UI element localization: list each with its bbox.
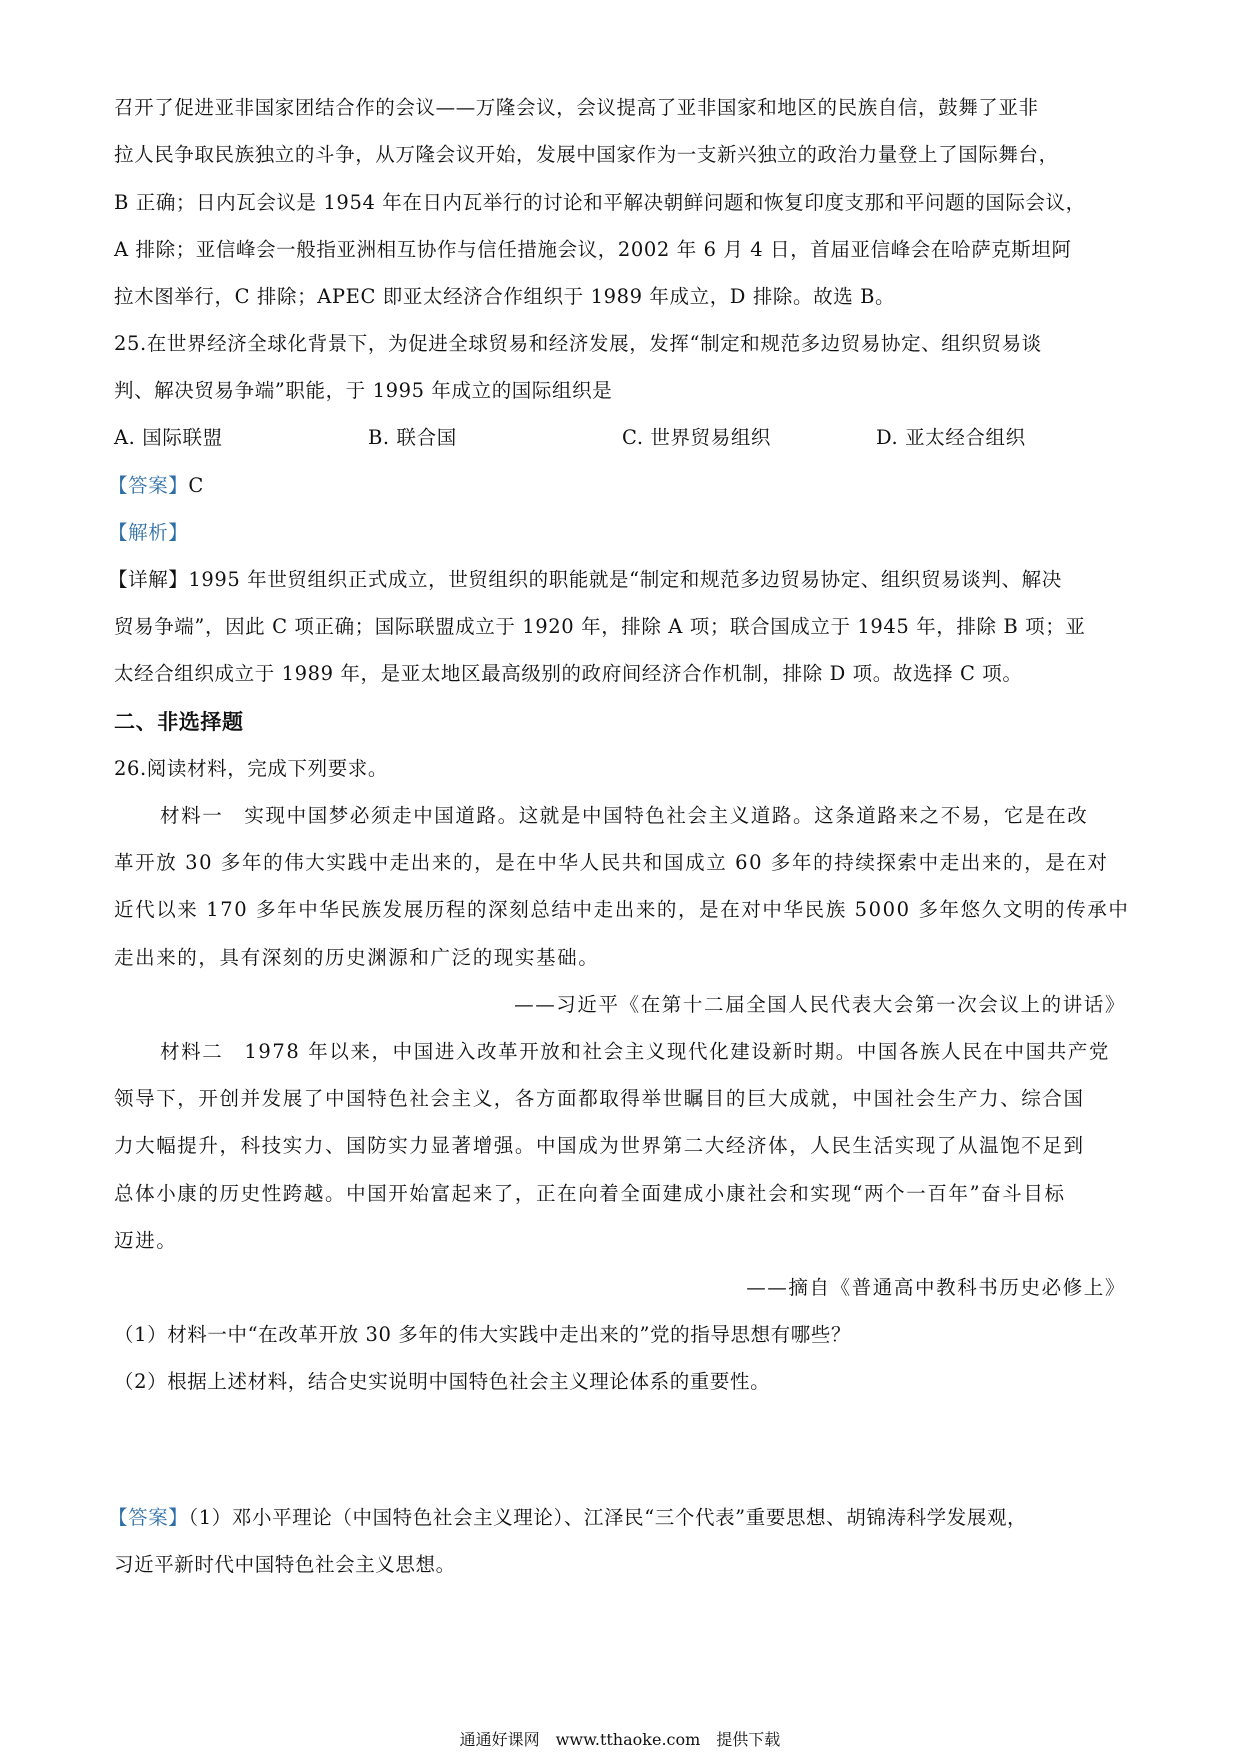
material-2-line: 材料二 1978 年以来，中国进入改革开放和社会主义现代化建设新时期。中国各族人… <box>160 1038 1130 1066</box>
answer-value: C <box>188 474 204 497</box>
question-26-answer: 【答案】（1）邓小平理论（中国特色社会主义理论）、江泽民“三个代表”重要思想、胡… <box>108 1504 1124 1532</box>
material-2-line: 领导下，开创并发展了中国特色社会主义，各方面都取得举世瞩目的巨大成就，中国社会生… <box>114 1085 1130 1113</box>
material-2-line: 迈进。 <box>114 1227 1130 1255</box>
option-c: C. 世界贸易组织 <box>622 424 876 452</box>
text-line: A 排除；亚信峰会一般指亚洲相互协作与信任措施会议，2002 年 6 月 4 日… <box>114 236 1130 264</box>
document-page: 召开了促进亚非国家团结合作的会议——万隆会议，会议提高了亚非国家和地区的民族自信… <box>0 0 1240 1754</box>
answer-tag: 【答案】 <box>108 474 188 497</box>
material-1-line: 走出来的，具有深刻的历史渊源和广泛的现实基础。 <box>114 944 1130 972</box>
text-line: 拉木图举行，C 排除；APEC 即亚太经济合作组织于 1989 年成立，D 排除… <box>114 283 1130 311</box>
sub-question-2: （2）根据上述材料，结合史实说明中国特色社会主义理论体系的重要性。 <box>114 1368 1130 1396</box>
answer-tag: 【答案】 <box>108 1506 188 1529</box>
text-line: 召开了促进亚非国家团结合作的会议——万隆会议，会议提高了亚非国家和地区的民族自信… <box>114 94 1130 122</box>
text-line: 拉人民争取民族独立的斗争，从万隆会议开始，发展中国家作为一支新兴独立的政治力量登… <box>114 141 1130 169</box>
option-d: D. 亚太经合组织 <box>876 424 1130 452</box>
analysis-tag: 【解析】 <box>108 521 188 544</box>
material-1-line: 材料一 实现中国梦必须走中国道路。这就是中国特色社会主义道路。这条道路来之不易，… <box>160 802 1130 830</box>
section-heading: 二、非选择题 <box>114 708 1130 736</box>
page-footer: 通通好课网 www.tthaoke.com 提供下载 <box>0 1730 1240 1750</box>
option-a: A. 国际联盟 <box>114 424 368 452</box>
answer-text: （1）邓小平理论（中国特色社会主义理论）、江泽民“三个代表”重要思想、胡锦涛科学… <box>188 1506 1027 1529</box>
question-25-detail: 太经合组织成立于 1989 年，是亚太地区最高级别的政府间经济合作机制，排除 D… <box>114 660 1130 688</box>
question-25-stem: 25.在世界经济全球化背景下，为促进全球贸易和经济发展，发挥“制定和规范多边贸易… <box>114 330 1130 358</box>
question-25-detail: 贸易争端”，因此 C 项正确；国际联盟成立于 1920 年，排除 A 项；联合国… <box>114 613 1130 641</box>
material-2-line: 力大幅提升，科技实力、国防实力显著增强。中国成为世界第二大经济体，人民生活实现了… <box>114 1132 1130 1160</box>
option-b: B. 联合国 <box>368 424 622 452</box>
material-2-source: ——摘自《普通高中教科书历史必修上》 <box>114 1274 1126 1302</box>
text-line: B 正确；日内瓦会议是 1954 年在日内瓦举行的讨论和平解决朝鲜问题和恢复印度… <box>114 189 1130 217</box>
material-1-source: ——习近平《在第十二届全国人民代表大会第一次会议上的讲话》 <box>114 991 1126 1019</box>
question-25-stem: 判、解决贸易争端”职能，于 1995 年成立的国际组织是 <box>114 377 1130 405</box>
material-1-line: 革开放 30 多年的伟大实践中走出来的，是在中华人民共和国成立 60 多年的持续… <box>114 849 1130 877</box>
question-25-analysis-label: 【解析】 <box>108 519 1124 547</box>
material-2-line: 总体小康的历史性跨越。中国开始富起来了，正在向着全面建成小康社会和实现“两个一百… <box>114 1180 1130 1208</box>
question-25-detail: 【详解】1995 年世贸组织正式成立，世贸组织的职能就是“制定和规范多边贸易协定… <box>108 566 1124 594</box>
material-1-line: 近代以来 170 多年中华民族发展历程的深刻总结中走出来的，是在对中华民族 50… <box>114 896 1130 924</box>
question-25-answer: 【答案】C <box>108 472 1124 500</box>
sub-question-1: （1）材料一中“在改革开放 30 多年的伟大实践中走出来的”党的指导思想有哪些？ <box>114 1321 1130 1349</box>
question-26-stem: 26.阅读材料，完成下列要求。 <box>114 755 1130 783</box>
question-25-options: A. 国际联盟 B. 联合国 C. 世界贸易组织 D. 亚太经合组织 <box>114 424 1130 452</box>
question-26-answer-cont: 习近平新时代中国特色社会主义思想。 <box>114 1551 1130 1579</box>
